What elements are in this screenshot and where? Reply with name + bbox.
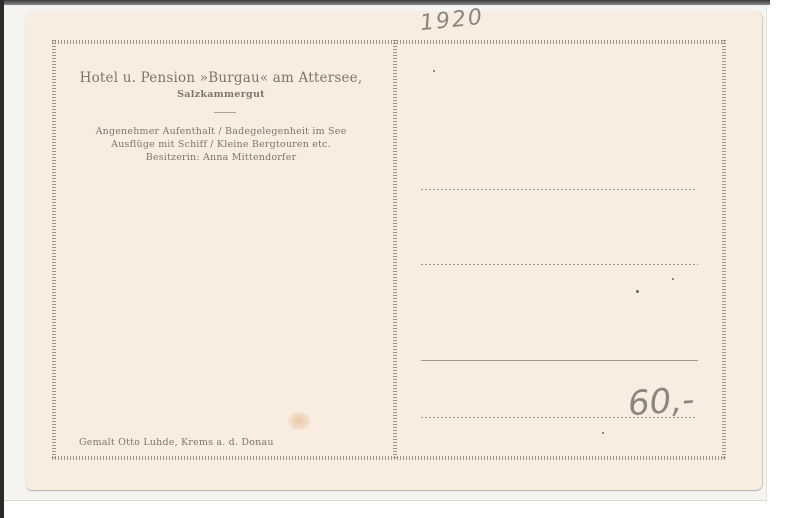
address-line-1 xyxy=(421,189,697,190)
hotel-title: Hotel u. Pension »Burgau« am Attersee, xyxy=(56,70,386,86)
frame-top-border xyxy=(52,40,726,44)
frame-center-divider xyxy=(393,40,397,460)
title-separator xyxy=(214,112,236,113)
detail-line-3: Besitzerin: Anna Mittendorfer xyxy=(56,152,386,163)
detail-line-1: Angenehmer Aufenthalt / Badegelegenheit … xyxy=(56,126,386,137)
address-line-3 xyxy=(421,360,698,361)
region-subtitle: Salzkammergut xyxy=(56,89,386,100)
handwritten-price: 60,- xyxy=(627,380,696,425)
frame-left-border xyxy=(52,40,56,460)
detail-line-2: Ausflüge mit Schiff / Kleine Bergtouren … xyxy=(56,139,386,150)
artist-credit: Gemalt Otto Luhde, Krems a. d. Donau xyxy=(79,437,274,448)
speck xyxy=(636,290,639,293)
address-line-2 xyxy=(421,264,698,265)
frame-bottom-border xyxy=(52,456,726,460)
foxing-stain xyxy=(288,412,310,430)
frame-right-border xyxy=(722,40,726,460)
speck xyxy=(433,70,435,72)
speck xyxy=(672,278,674,280)
speck xyxy=(602,432,604,434)
